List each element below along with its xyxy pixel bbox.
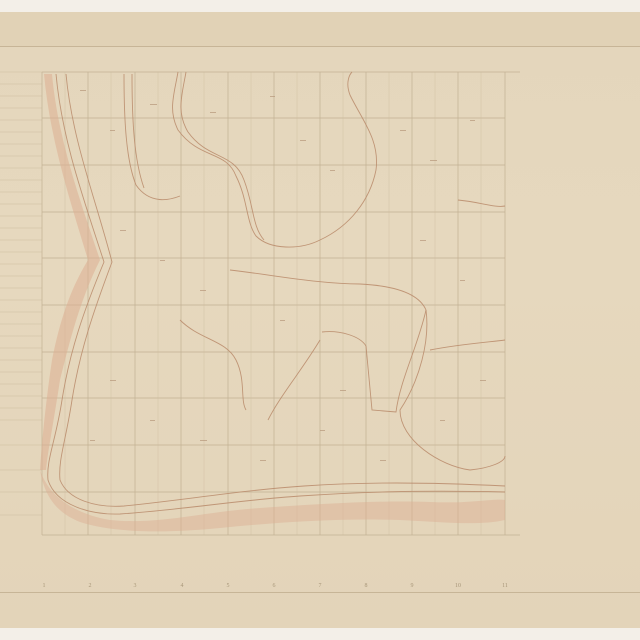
- scale-label: 8: [365, 583, 368, 589]
- survey-map: [0, 0, 640, 640]
- scale-label: 5: [227, 583, 230, 589]
- scale-label: 11: [502, 583, 508, 589]
- scale-label: 2: [89, 583, 92, 589]
- scale-label: 1: [43, 583, 46, 589]
- left-margin-lines: [0, 72, 42, 515]
- survey-subgrid: [65, 72, 481, 535]
- survey-grid: [42, 72, 520, 535]
- scale-label: 3: [134, 583, 137, 589]
- scale-label: 9: [411, 583, 414, 589]
- scale-label: 7: [319, 583, 322, 589]
- scale-label: 4: [181, 583, 184, 589]
- contour-lines: [48, 72, 505, 514]
- scale-label: 6: [273, 583, 276, 589]
- scale-label: 10: [455, 583, 461, 589]
- survey-point-marks: [80, 90, 486, 461]
- bottom-boundary-shading: [40, 470, 505, 531]
